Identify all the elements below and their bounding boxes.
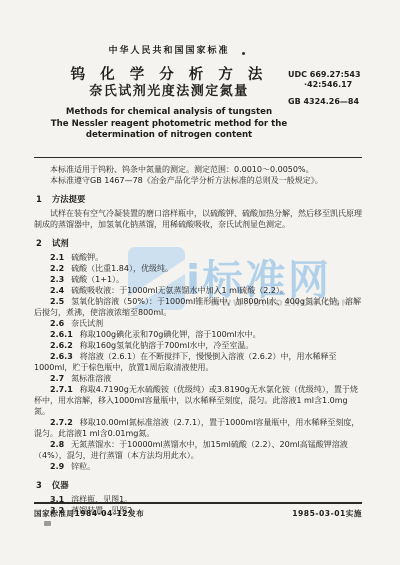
section-3-title: 仪器 xyxy=(52,480,69,490)
clause-2-2: 2.2硫酸（比重1.84），优级纯。 xyxy=(34,263,362,274)
clause-2-6: 2.6奈氏试剂 xyxy=(34,318,362,329)
implementation-date: 1985-03-01实施 xyxy=(292,508,362,519)
clause-2-4: 2.4硫酸吸收液：于1000ml无氨蒸馏水中加入1 ml硫酸（2.2）。 xyxy=(34,285,362,296)
issue-date: 国家标准局1984-04-12发布 xyxy=(34,508,144,519)
document-title-en: Methods for chemical analysis of tungste… xyxy=(34,107,304,142)
clause-text: 锌粒。 xyxy=(71,462,95,471)
title-en-line3: determination of nitrogen content xyxy=(34,130,304,142)
clause-number: 2.6.1 xyxy=(50,330,73,339)
title-en-line1: Methods for chemical analysis of tungste… xyxy=(34,107,304,119)
document-footer: 国家标准局1984-04-12发布 1985-03-01实施 xyxy=(34,502,362,526)
document-subtitle-cn: 奈氏试剂光度法测定氮量 xyxy=(34,86,304,97)
header-divider xyxy=(34,157,362,158)
clause-text: 将溶液（2.6.1）在不断搅拌下，慢慢倒入溶液（2.6.2）中，用水稀释至100… xyxy=(34,352,337,372)
standard-codes: UDC 669.27:543 ·42:546.17 GB 4324.26—84 xyxy=(288,70,361,107)
clause-2-7-1: 2.7.1称取4.7190g无水硫酸铵（优级纯）或3.8190g无水氯化铵（优级… xyxy=(34,384,362,417)
clause-2-3: 2.3硫酸（1+1）。 xyxy=(34,274,362,285)
document-header: 中华人民共和国国家标准 钨 化 学 分 析 方 法 奈氏试剂光度法测定氮量 Me… xyxy=(34,46,304,142)
section-1-number: 1 xyxy=(36,194,42,204)
clause-2-6-1: 2.6.1称取100g碘化汞和70g碘化钾，溶于100ml水中。 xyxy=(34,329,362,340)
udc-code-line1: UDC 669.27:543 xyxy=(288,70,361,80)
clause-2-7: 2.7氮标准溶液 xyxy=(34,373,362,384)
scope-statement: 本标准适用于钨粉、钨条中氮量的测定。测定范围：0.0010～0.0050%。 本… xyxy=(34,164,362,186)
section-1-title: 方法提要 xyxy=(52,194,86,204)
scan-artifact-smudge xyxy=(44,521,51,526)
gb-standard-number: GB 4324.26—84 xyxy=(288,97,361,107)
clause-number: 2.7 xyxy=(50,374,64,383)
section-1-heading: 1方法提要 xyxy=(34,194,362,205)
clause-text: 称取100g碘化汞和70g碘化钾，溶于100ml水中。 xyxy=(80,330,261,339)
clause-text: 氢氧化钠溶液（50%）：于1000ml锥形瓶中，加800ml水、400g氢氧化钠… xyxy=(34,297,361,317)
scope-line2: 本标准遵守GB 1467—78《冶金产品化学分析方法标准的总则及一般规定》。 xyxy=(34,175,362,186)
clause-number: 2.4 xyxy=(50,286,64,295)
clause-2-9: 2.9锌粒。 xyxy=(34,461,362,472)
clause-2-5: 2.5氢氧化钠溶液（50%）：于1000ml锥形瓶中，加800ml水、400g氢… xyxy=(34,296,362,318)
document-title-cn: 钨 化 学 分 析 方 法 xyxy=(34,70,304,81)
clause-number: 2.3 xyxy=(50,275,64,284)
clause-text: 称取4.7190g无水硫酸铵（优级纯）或3.8190g无水氯化铵（优级纯），置于… xyxy=(34,385,358,416)
clause-text: 氮标准溶液 xyxy=(71,374,111,383)
clause-2-1: 2.1硫酸钾。 xyxy=(34,252,362,263)
clause-number: 2.6 xyxy=(50,319,64,328)
section-2-number: 2 xyxy=(36,238,42,248)
national-standard-label: 中华人民共和国国家标准 xyxy=(34,46,304,57)
footer-divider xyxy=(34,502,362,504)
clause-text: 硫酸吸收液：于1000ml无氨蒸馏水中加入1 ml硫酸（2.2）。 xyxy=(71,286,288,295)
udc-code-line2: ·42:546.17 xyxy=(288,80,361,90)
section-3-heading: 3仪器 xyxy=(34,480,362,491)
clause-text: 奈氏试剂 xyxy=(71,319,103,328)
clause-text: 称取160g氢氧化钠溶于700ml水中，冷至室温。 xyxy=(80,341,254,350)
section-3-number: 3 xyxy=(36,480,42,490)
clause-2-7-2: 2.7.2移取10.00ml氮标准溶液（2.7.1），置于1000ml容量瓶中，… xyxy=(34,417,362,439)
clause-number: 2.2 xyxy=(50,264,64,273)
section-2-heading: 2试剂 xyxy=(34,238,362,249)
clause-number: 2.8 xyxy=(50,440,64,449)
clause-text: 硫酸（1+1）。 xyxy=(71,275,124,284)
title-en-line2: The Nessler reagent photometric method f… xyxy=(34,119,304,131)
clause-text: 移取10.00ml氮标准溶液（2.7.1），置于1000ml容量瓶中，用水稀释至… xyxy=(34,418,359,438)
clause-2-8: 2.8无氮蒸馏水：于10000ml蒸馏水中，加15ml硫酸（2.2）、20ml高… xyxy=(34,439,362,461)
clause-number: 2.9 xyxy=(50,462,64,471)
clause-number: 2.6.2 xyxy=(50,341,73,350)
section-1-body: 试样在装有空气冷凝装置的磨口溶样瓶中，以硫酸钾、硫酸加热分解，然后移至凯氏原理制… xyxy=(34,208,362,230)
clause-number: 2.5 xyxy=(50,297,64,306)
clause-text: 硫酸（比重1.84），优级纯。 xyxy=(71,264,173,273)
clause-number: 2.1 xyxy=(50,253,64,262)
clause-number: 2.7.1 xyxy=(50,385,73,394)
document-page: i标准网 WWW.IBIAOZHUN.COM 中华人民共和国国家标准 钨 化 学… xyxy=(0,0,400,565)
clause-number: 2.7.2 xyxy=(50,418,73,427)
scope-line1: 本标准适用于钨粉、钨条中氮量的测定。测定范围：0.0010～0.0050%。 xyxy=(34,164,362,175)
section-2-title: 试剂 xyxy=(52,238,69,248)
clause-2-6-2: 2.6.2称取160g氢氧化钠溶于700ml水中，冷至室温。 xyxy=(34,340,362,351)
clause-number: 2.6.3 xyxy=(50,352,73,361)
clause-2-6-3: 2.6.3将溶液（2.6.1）在不断搅拌下，慢慢倒入溶液（2.6.2）中，用水稀… xyxy=(34,351,362,373)
clause-text: 硫酸钾。 xyxy=(71,253,103,262)
clause-text: 无氮蒸馏水：于10000ml蒸馏水中，加15ml硫酸（2.2）、20ml高锰酸钾… xyxy=(34,440,348,460)
